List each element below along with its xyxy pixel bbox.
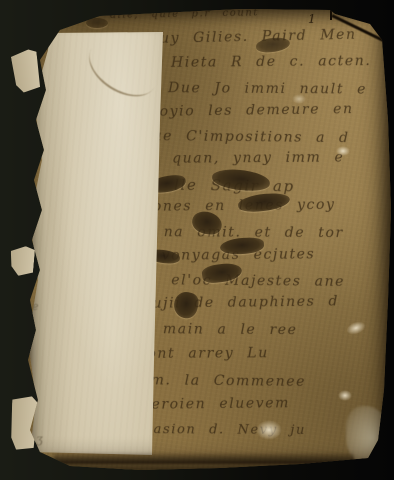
edge-mark: ʃ: [34, 100, 37, 114]
torn-flap: [10, 48, 42, 93]
torn-flap: [9, 245, 36, 277]
photo-stage: aile; quie p.r count 1 auy Gilies. Paird…: [0, 0, 394, 480]
book-cover: aile; quie p.r count 1 auy Gilies. Paird…: [24, 8, 392, 472]
spine-edge-shadow: [24, 32, 34, 460]
edge-vignette: [24, 8, 392, 472]
